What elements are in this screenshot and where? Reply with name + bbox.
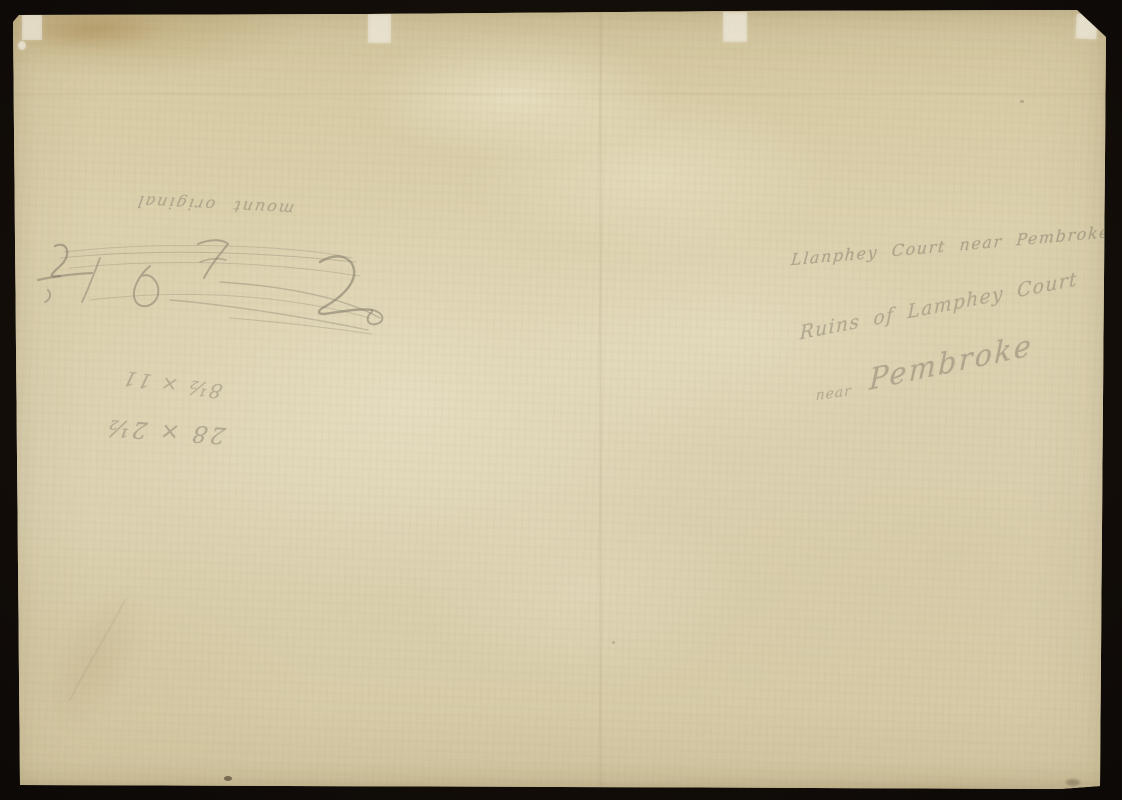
dirt-speck: [1066, 779, 1080, 786]
dirt-speck: [612, 641, 615, 644]
paper-verso-sheet: Llanphey Court near Pembroke Ruins of La…: [0, 0, 1122, 800]
dirt-speck: [1020, 100, 1024, 103]
photograph-dark-ground: Llanphey Court near Pembroke Ruins of La…: [0, 0, 1122, 800]
dirt-speck: [224, 776, 232, 781]
